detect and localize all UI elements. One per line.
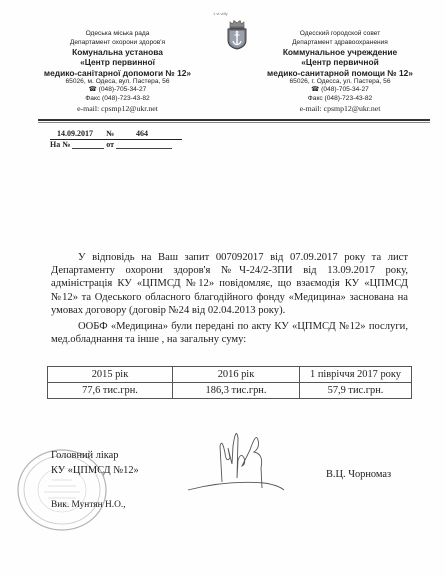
signatory-title: Головний лікар: [51, 450, 119, 461]
header-ua-org-type: Комунальна установа: [40, 47, 195, 57]
table-cell: 186,3 тис.грн.: [173, 383, 300, 399]
header-ru-email: e-mail: cpsmp12@ukr.net: [250, 104, 430, 113]
table-cell: 57,9 тис.грн.: [300, 383, 412, 399]
header-ua-email: e-mail: cpsmp12@ukr.net: [40, 104, 195, 113]
table-header-cell: 2015 рік: [48, 367, 173, 383]
reply-from-label: от: [106, 140, 114, 149]
header-ru-org-name-1: «Центр первичной: [250, 57, 430, 67]
header-ru-department: Департамент здравоохранения: [250, 39, 430, 48]
header-ru-org-type: Коммунальное учреждение: [250, 47, 430, 57]
executor-name: Вик. Мунтян Н.О.,: [51, 500, 126, 510]
reply-date-blank: [116, 140, 172, 149]
table-cell: 77,6 тис.грн.: [48, 383, 173, 399]
paragraph-2-text: ООБФ «Медицина» були передані по акту КУ…: [51, 321, 408, 345]
odesa-coat-of-arms-icon: [226, 18, 248, 50]
body-paragraph-2: ООБФ «Медицина» були передані по акту КУ…: [51, 320, 408, 346]
header-divider-thin: [38, 122, 430, 123]
signatory-name: В.Ц. Чорномаз: [326, 469, 391, 480]
reply-number-blank: [72, 140, 104, 149]
header-ru-fax: Факс (048)-723-43-82: [250, 95, 430, 104]
body-paragraph-1: У відповідь на Ваш запит 007092017 від 0…: [51, 251, 408, 317]
header-ua-org-name-2: медико-санітарної допомоги № 12»: [40, 68, 195, 78]
table-header-cell: 2016 рік: [173, 367, 300, 383]
header-ukrainian: Одеська міська рада Департамент охорони …: [40, 30, 195, 113]
table-row: 77,6 тис.грн. 186,3 тис.грн. 57,9 тис.гр…: [48, 383, 412, 399]
header-russian: Одесский городской совет Департамент здр…: [250, 30, 430, 113]
registration-date: 14.09.2017: [57, 129, 93, 138]
header-ua-phone: ☎ (048)-705-34-27: [40, 86, 195, 95]
registration-underline: 14.09.2017 № 464: [50, 129, 182, 140]
header-divider-thick: [38, 119, 430, 121]
header-ru-org-name-2: медико-санитарной помощи № 12»: [250, 68, 430, 78]
reference-mark: 1 vi·vi8y: [213, 11, 228, 16]
header-ru-phone: ☎ (048)-705-34-27: [250, 86, 430, 95]
table-header-cell: 1 півріччя 2017 року: [300, 367, 412, 383]
header-ua-council: Одеська міська рада: [40, 30, 195, 39]
table-header-row: 2015 рік 2016 рік 1 півріччя 2017 року: [48, 367, 412, 383]
reply-to-label: На №: [50, 140, 70, 149]
header-ua-department: Департамент охорони здоров'я: [40, 39, 195, 48]
header-ua-org-name-1: «Центр первинної: [40, 57, 195, 67]
header-ua-fax: Факс (048)-723-43-82: [40, 95, 195, 104]
sums-table: 2015 рік 2016 рік 1 півріччя 2017 року 7…: [47, 366, 412, 399]
letter-page: 1 vi·vi8y Одеська міська рада Департамен…: [0, 0, 446, 576]
header-ru-council: Одесский городской совет: [250, 30, 430, 39]
handwritten-signature: [186, 418, 301, 498]
registration-number: 464: [136, 129, 148, 138]
registration-number-label: №: [106, 129, 114, 138]
signatory-organization: КУ «ЦПМСД №12»: [51, 465, 139, 476]
paragraph-1-text: У відповідь на Ваш запит 007092017 від 0…: [51, 252, 408, 316]
reply-reference-line: На № от: [50, 140, 172, 149]
